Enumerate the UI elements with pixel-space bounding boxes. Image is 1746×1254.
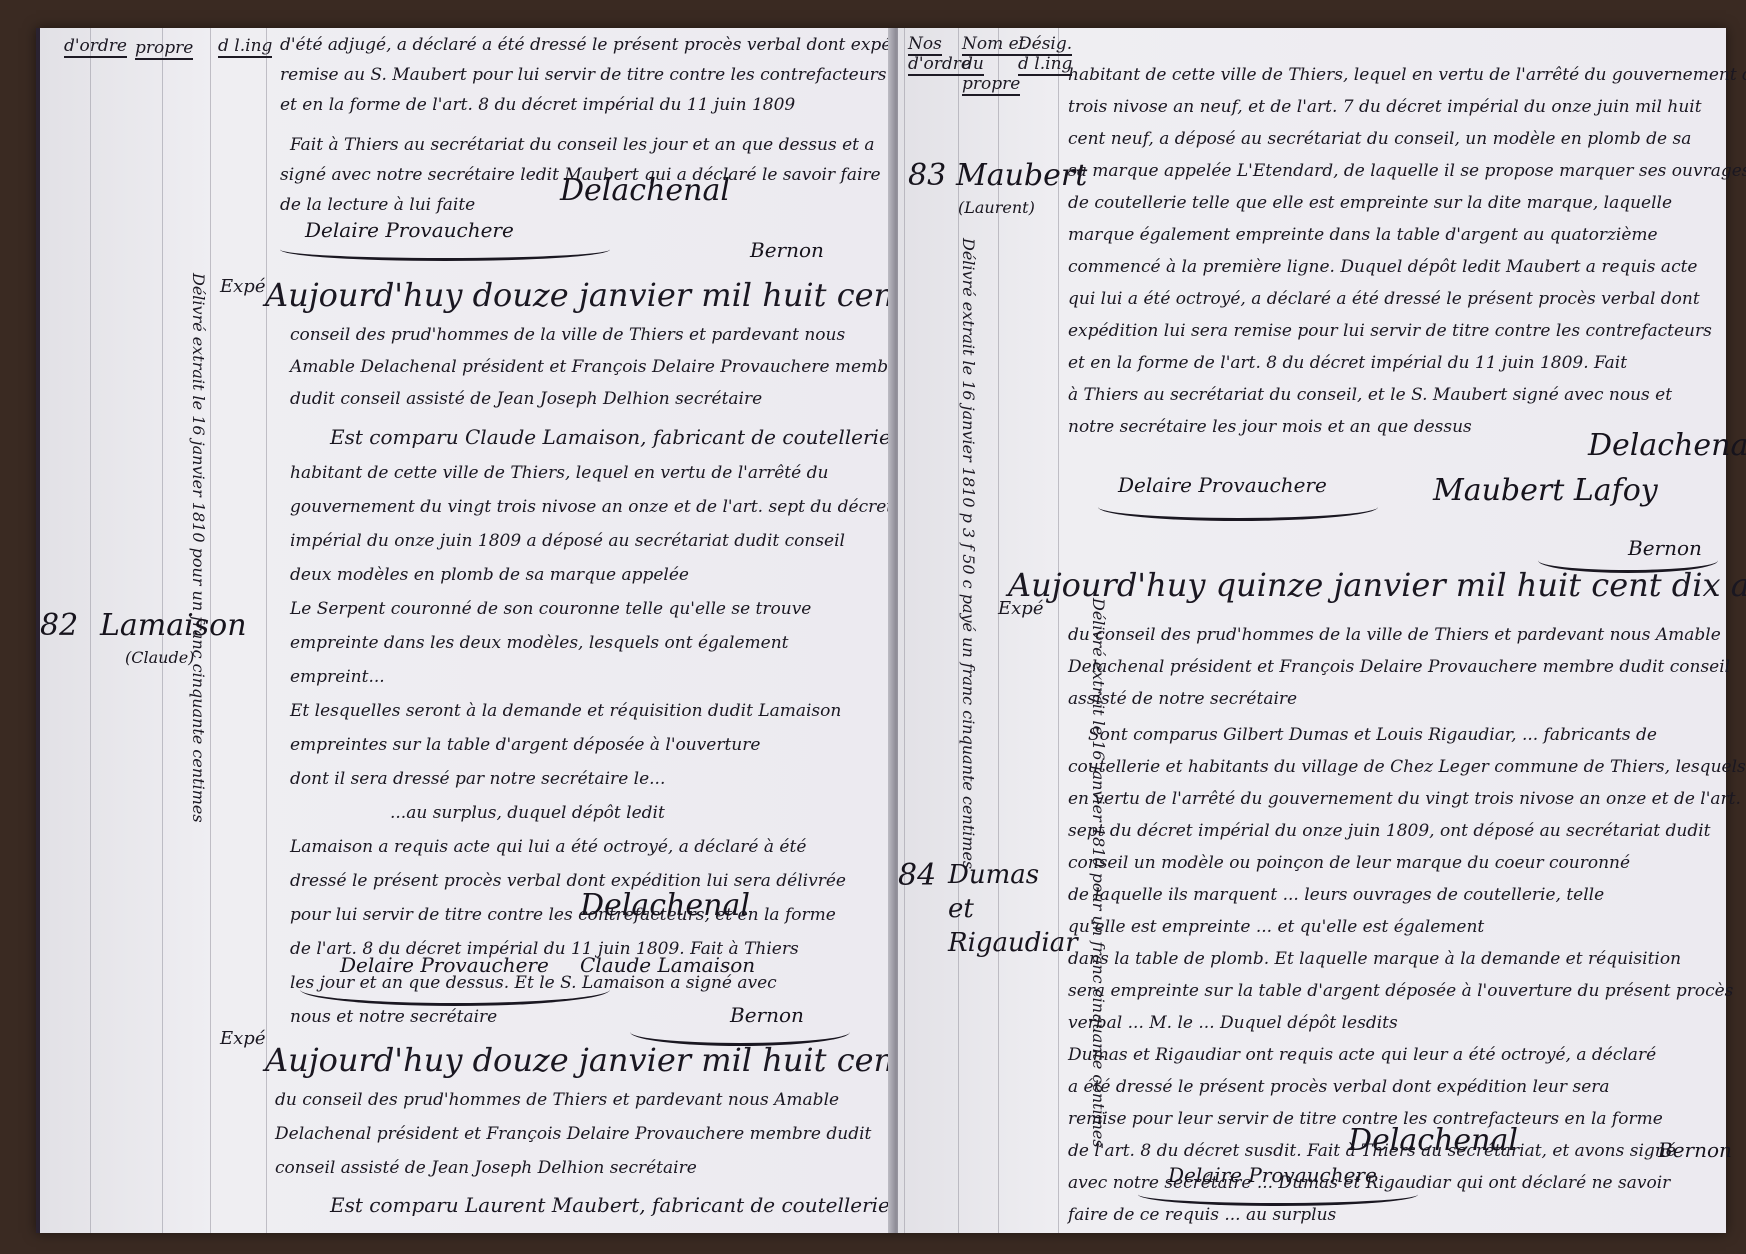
entry-text-line: trois nivose an neuf, et de l'art. 7 du …	[1068, 90, 1702, 124]
entry-number: 82	[40, 608, 78, 643]
entry-text-line: Et lesquelles seront à la demande et réq…	[290, 694, 841, 728]
entry-text-line: impérial du onze juin 1809 a déposé au s…	[290, 524, 845, 558]
entry-number: 84	[898, 858, 936, 893]
continuation-line: Fait à Thiers au secrétariat du conseil …	[290, 128, 875, 162]
continuation-line: d'été adjugé, a déclaré a été dressé le …	[280, 28, 984, 62]
entry-text-line: Lamaison a requis acte qui lui a été oct…	[290, 830, 806, 864]
signature-flourish	[280, 238, 610, 261]
expedition-label: Expé	[220, 1028, 265, 1049]
entry-text-line: deux modèles en plomb de sa marque appel…	[290, 558, 689, 592]
signature-bernon: Bernon	[1658, 1138, 1732, 1162]
entry-first-name: (Laurent)	[958, 198, 1035, 217]
signature-maubert: Maubert Lafoy	[1433, 473, 1658, 508]
entry-text-line: habitant de cette ville de Thiers, leque…	[290, 456, 828, 490]
entry-text-line: Aujourd'huy quinze janvier mil huit cent…	[1008, 568, 1746, 608]
margin-note: Délivré extrait le 16 janvier 1810 p 3 f…	[959, 238, 978, 488]
entry-first-name: (Claude)	[125, 648, 194, 667]
column-rule	[90, 28, 91, 1233]
entry-text-line: Est comparu Laurent Maubert, fabricant d…	[330, 1188, 890, 1222]
entry-text-line: gouvernement du vingt trois nivose an on…	[290, 490, 893, 524]
column-header-propre: propre	[135, 38, 193, 58]
entry-number: 83	[908, 158, 946, 193]
entry-text-line: de laquelle ils marquent ... leurs ouvra…	[1068, 878, 1604, 912]
entry-text-line: empreint...	[290, 660, 385, 694]
entry-text-line: assisté de notre secrétaire	[1068, 682, 1297, 716]
signature-flourish	[1098, 493, 1378, 521]
entry-text-line: dont il sera dressé par notre secrétaire…	[290, 762, 665, 796]
signature-flourish	[300, 973, 610, 1006]
entry-text-line: notre secrétaire les jour mois et an que…	[1068, 410, 1472, 444]
signature-delachenal: Delachenal	[580, 888, 750, 923]
entry-text-line: coutellerie et habitants du village de C…	[1068, 750, 1746, 784]
entry-text-line: empreintes sur la table d'argent déposée…	[290, 728, 760, 762]
entry-text-line: Amable Delachenal président et François …	[290, 350, 906, 384]
entry-text-line: Est comparu Claude Lamaison, fabricant d…	[330, 420, 891, 454]
signature-bernon: Bernon	[750, 238, 824, 262]
entry-text-line: empreinte dans les deux modèles, lesquel…	[290, 626, 789, 660]
entry-text-line: du conseil des prud'hommes de Thiers et …	[275, 1083, 839, 1117]
entry-surname: Lamaison	[100, 608, 247, 643]
signature-flourish	[1138, 1183, 1418, 1206]
expedition-label: Expé	[220, 276, 265, 297]
entry-surname: Dumas et Rigaudiar	[948, 858, 1068, 960]
column-header-ordre: d'ordre	[64, 36, 127, 56]
entry-text-line: expédition lui sera remise pour lui serv…	[1068, 314, 1712, 348]
column-rule	[1058, 28, 1059, 1233]
entry-text-line: Dumas et Rigaudiar ont requis acte qui l…	[1068, 1038, 1656, 1072]
continuation-line: et en la forme de l'art. 8 du décret imp…	[280, 88, 795, 122]
entry-text-line: commencé à la première ligne. Duquel dép…	[1068, 250, 1697, 284]
entry-text-line: et en la forme de l'art. 8 du décret imp…	[1068, 346, 1627, 380]
column-rule	[904, 28, 905, 1233]
entry-text-line: a été dressé le présent procès verbal do…	[1068, 1070, 1610, 1104]
entry-text-line: ...au surplus, duquel dépôt ledit	[390, 796, 665, 830]
signature-delachenal: Delachenal	[1348, 1123, 1518, 1158]
entry-text-line: en vertu de l'arrêté du gouvernement du …	[1068, 782, 1741, 816]
column-header-ing: d l.ing	[218, 36, 272, 56]
signature-delachenal: Delachenal	[1588, 428, 1746, 463]
margin-note: Délivré extrait le 16 janvier 1810 pour …	[189, 273, 208, 533]
entry-text-line: du conseil des prud'hommes de la ville d…	[1068, 618, 1721, 652]
entry-text-line: Sont comparus Gilbert Dumas et Louis Rig…	[1088, 718, 1657, 752]
entry-text-line: à Thiers au secrétariat du conseil, et l…	[1068, 378, 1672, 412]
entry-text-line: cent neuf, a déposé au secrétariat du co…	[1068, 122, 1691, 156]
continuation-line: de la lecture à lui faite	[280, 188, 475, 222]
entry-text-line: qui lui a été octroyé, a déclaré a été d…	[1068, 282, 1700, 316]
left-page: d'ordre propre d l.ing d'été adjugé, a d…	[36, 28, 900, 1233]
entry-text-line: dressé le présent procès verbal dont exp…	[290, 864, 846, 898]
register-spread: d'ordre propre d l.ing d'été adjugé, a d…	[36, 28, 1726, 1233]
right-page: Nos d'ordre Nom et du propre Désig. d l.…	[898, 28, 1726, 1233]
entry-text-line: sept du décret impérial du onze juin 180…	[1068, 814, 1711, 848]
entry-text-line: Le Serpent couronné de son couronne tell…	[290, 592, 811, 626]
entry-text-line: sa marque appelée L'Etendard, de laquell…	[1068, 154, 1746, 188]
column-header-ordre: Nos d'ordre	[908, 34, 968, 74]
entry-text-line: marque également empreinte dans la table…	[1068, 218, 1658, 252]
signature-delachenal: Delachenal	[560, 173, 730, 208]
entry-text-line: Delachenal président et François Delaire…	[275, 1117, 871, 1151]
continuation-line: remise au S. Maubert pour lui servir de …	[280, 58, 887, 92]
signature-lamaison: Claude Lamaison	[580, 953, 755, 977]
entry-text-line: conseil des prud'hommes de la ville de T…	[290, 318, 845, 352]
entry-text-line: pour lui servir de titre contre les cont…	[290, 898, 836, 932]
entry-text-line: conseil assisté de Jean Joseph Delhion s…	[275, 1151, 697, 1185]
entry-text-line: sera empreinte sur la table d'argent dép…	[1068, 974, 1733, 1008]
entry-text-line: de coutellerie telle que elle est emprei…	[1068, 186, 1672, 220]
entry-text-line: dans la table de plomb. Et laquelle marq…	[1068, 942, 1681, 976]
entry-text-line: verbal ... M. le ... Duquel dépôt lesdit…	[1068, 1006, 1398, 1040]
entry-text-line: habitant de cette ville de Thiers, leque…	[1068, 58, 1746, 92]
entry-text-line: Delachenal président et François Delaire…	[1068, 650, 1730, 684]
entry-text-line: qu'elle est empreinte ... et qu'elle est…	[1068, 910, 1484, 944]
entry-text-line: conseil un modèle ou poinçon de leur mar…	[1068, 846, 1630, 880]
entry-text-line: dudit conseil assisté de Jean Joseph Del…	[290, 382, 762, 416]
